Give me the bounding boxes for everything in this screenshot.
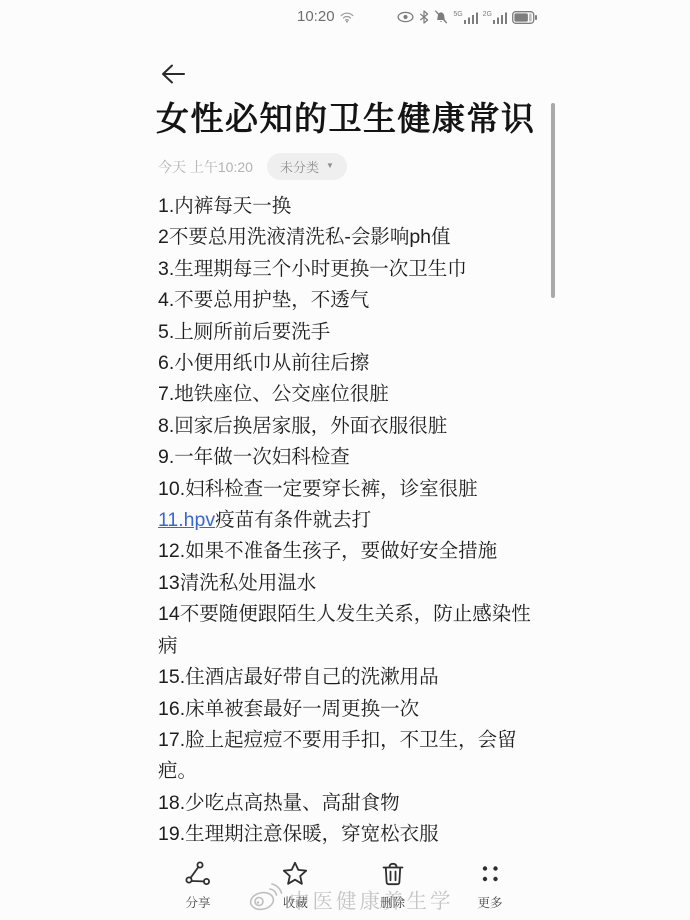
bluetooth-icon — [419, 10, 429, 24]
status-bar-left: 10:20 — [297, 8, 354, 25]
note-line: 17.脸上起痘痘不要用手扣，不卫生，会留 — [158, 725, 558, 756]
note-line: 疤。 — [158, 756, 558, 787]
note-line: 12.如果不准备生孩子，要做好安全措施 — [158, 536, 558, 567]
clock: 10:20 — [297, 8, 335, 25]
back-button[interactable] — [159, 60, 187, 88]
sim1-network-label: 5G — [453, 11, 462, 18]
status-bar-right: 5G 2G — [397, 8, 537, 26]
scrollbar-thumb[interactable] — [551, 103, 555, 298]
note-line: 1.内裤每天一换 — [158, 191, 558, 222]
signal-bars-sim1: 5G — [453, 11, 477, 24]
delete-label: 删除 — [380, 896, 405, 910]
share-icon — [184, 860, 212, 893]
note-line: 6.小便用纸巾从前往后擦 — [158, 348, 558, 379]
note-line: 11.hpv疫苗有条件就去打 — [158, 505, 558, 536]
note-line: 8.回家后换居家服，外面衣服很脏 — [158, 411, 558, 442]
hpv-link[interactable]: 11.hpv — [158, 509, 215, 531]
share-label: 分享 — [185, 896, 210, 910]
note-meta: 今天 上午10:20 未分类 ▼ — [158, 153, 347, 180]
note-line: 3.生理期每三个小时更换一次卫生巾 — [158, 254, 558, 285]
more-button[interactable]: 更多 — [460, 860, 520, 910]
category-label: 未分类 — [280, 157, 319, 176]
wifi-icon — [340, 11, 354, 23]
note-date: 今天 上午10:20 — [158, 157, 253, 177]
eye-protection-icon — [397, 11, 414, 23]
note-line: 16.床单被套最好一周更换一次 — [158, 694, 558, 725]
note-line: 15.住酒店最好带自己的洗漱用品 — [158, 662, 558, 693]
note-line: 14不要随便跟陌生人发生关系，防止感染性 — [158, 599, 558, 630]
note-line: 4.不要总用护垫，不透气 — [158, 285, 558, 316]
category-selector[interactable]: 未分类 ▼ — [267, 153, 347, 180]
bottom-toolbar: 分享 收藏 删除 — [168, 860, 520, 910]
note-line: 5.上厕所前后要洗手 — [158, 317, 558, 348]
more-icon — [476, 860, 504, 893]
share-button[interactable]: 分享 — [168, 860, 228, 910]
note-line: 13清洗私处用温水 — [158, 568, 558, 599]
note-line: 9.一年做一次妇科检查 — [158, 442, 558, 473]
sim2-network-label: 2G — [483, 11, 492, 18]
note-title: 女性必知的卫生健康常识 — [156, 98, 536, 140]
note-line: 18.少吃点高热量、高甜食物 — [158, 788, 558, 819]
more-label: 更多 — [477, 896, 502, 910]
note-line: 病 — [158, 631, 558, 662]
favorite-label: 收藏 — [283, 896, 308, 910]
note-body[interactable]: 1.内裤每天一换2不要总用洗液清洗私-会影响ph值3.生理期每三个小时更换一次卫… — [158, 191, 558, 851]
mute-bell-icon — [434, 10, 448, 24]
note-line: 7.地铁座位、公交座位很脏 — [158, 379, 558, 410]
note-line: 10.妇科检查一定要穿长裤，诊室很脏 — [158, 474, 558, 505]
battery-icon — [512, 11, 537, 24]
favorite-button[interactable]: 收藏 — [265, 860, 325, 910]
chevron-down-icon: ▼ — [326, 161, 334, 170]
note-line: 19.生理期注意保暖，穿宽松衣服 — [158, 819, 558, 850]
notes-app-screen: 10:20 5G — [0, 0, 690, 920]
trash-icon — [379, 860, 407, 893]
signal-bars-sim2: 2G — [483, 11, 507, 24]
note-line: 2不要总用洗液清洗私-会影响ph值 — [158, 222, 558, 253]
delete-button[interactable]: 删除 — [363, 860, 423, 910]
star-icon — [281, 860, 309, 893]
